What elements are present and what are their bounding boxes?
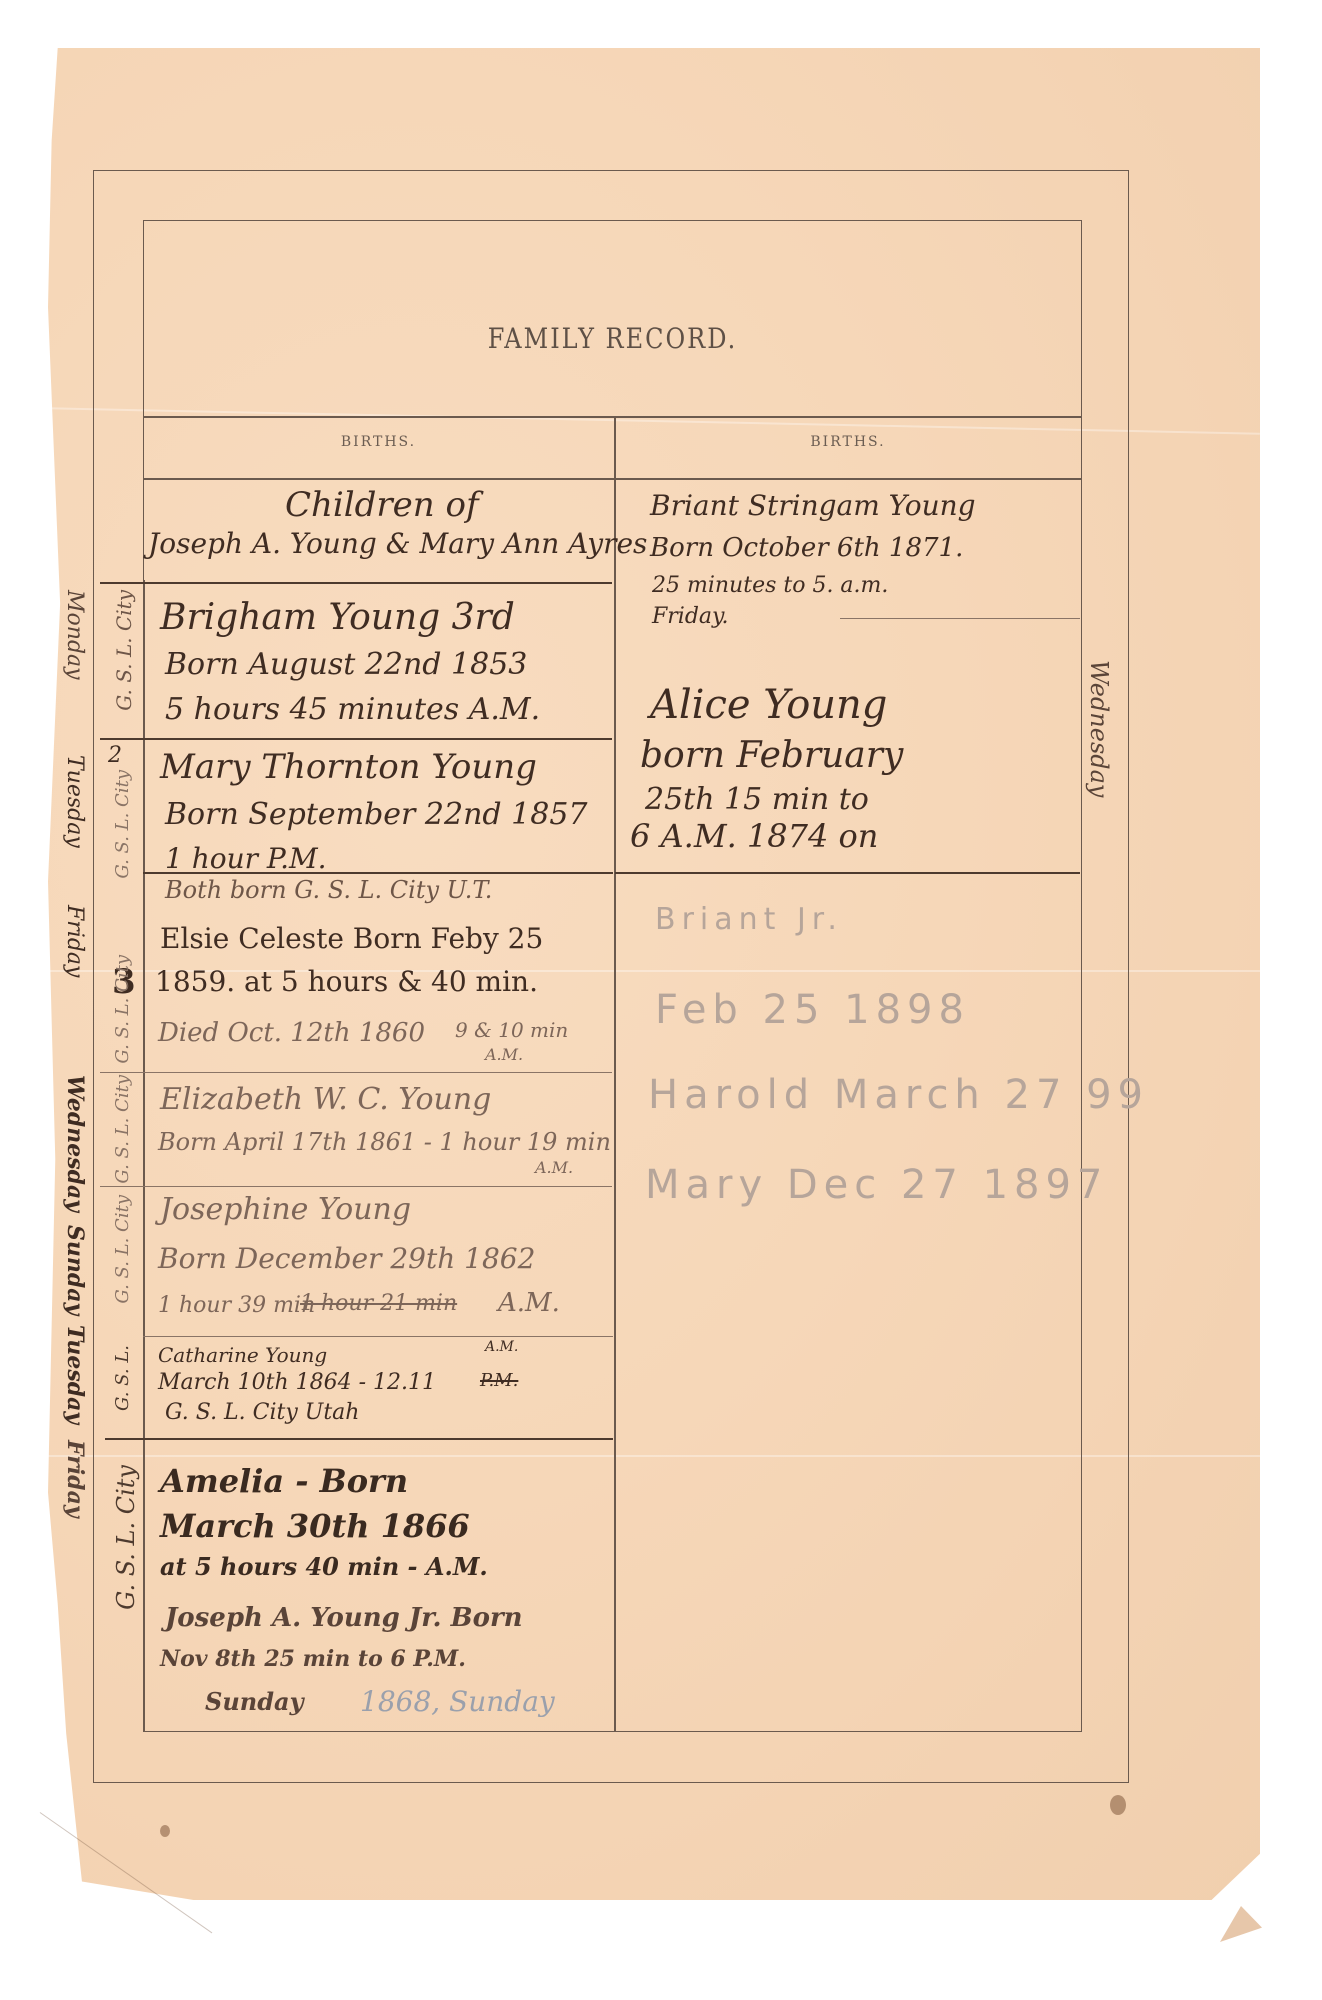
entry-died: Died Oct. 12th 1860	[158, 1020, 425, 1046]
row-divider	[100, 1186, 612, 1187]
margin-place-5: G. S. L. City	[112, 1195, 133, 1304]
pencil-note-4: Mary Dec 27 1897	[645, 1165, 1108, 1205]
entry-year: 6 A.M. 1874 on	[630, 820, 878, 852]
margin-place-4: G. S. L. City	[112, 1075, 133, 1184]
row-divider	[100, 738, 612, 740]
entry-born: Born December 29th 1862	[158, 1245, 535, 1273]
entry-ampm: A.M.	[498, 1290, 560, 1316]
folded-corner	[1220, 1906, 1262, 1942]
entry-born: Born October 6th 1871.	[650, 535, 963, 561]
entry-time: Sunday	[205, 1690, 304, 1714]
entry-name: Amelia - Born	[160, 1465, 408, 1497]
entry-name: Mary Thornton Young	[160, 750, 537, 784]
entry-time: A.M.	[535, 1160, 573, 1176]
entry-time: 1 hour P.M.	[165, 845, 327, 873]
births-header-right: BIRTHS.	[614, 434, 1082, 450]
entry-died-ampm: A.M.	[485, 1047, 523, 1063]
entry-name: Josephine Young	[160, 1195, 411, 1225]
entry-born: Nov 8th 25 min to 6 P.M.	[160, 1648, 466, 1670]
row-divider	[840, 618, 1080, 619]
row-divider	[100, 582, 612, 584]
entry-born: Born September 22nd 1857	[165, 800, 588, 830]
ink-spot	[160, 1825, 170, 1837]
entry-name: Joseph A. Young Jr. Born	[165, 1605, 523, 1631]
entry-name: Alice Young	[650, 685, 887, 725]
entry-name: Briant Stringam Young	[650, 492, 976, 520]
entry-born: March 10th 1864 - 12.11	[158, 1372, 436, 1394]
margin-day-3: Friday	[62, 905, 87, 977]
margin-day-1: Monday	[62, 590, 87, 680]
pencil-note-2: Feb 25 1898	[655, 990, 970, 1030]
pencil-note-1: Briant Jr.	[655, 905, 843, 935]
entry-time: 25 minutes to 5. a.m.	[652, 575, 888, 597]
births-header-left: BIRTHS.	[143, 434, 614, 450]
heading-line-1: Children of	[285, 488, 479, 522]
column-divider	[614, 416, 616, 1732]
entry-struck-text: P.M.	[480, 1372, 518, 1390]
row-divider	[143, 1336, 613, 1337]
row-divider	[100, 1072, 612, 1073]
row-divider	[615, 872, 1080, 874]
row-divider	[105, 1438, 613, 1440]
entry-name: Brigham Young 3rd	[160, 600, 515, 636]
entry-died-time: 9 & 10 min	[455, 1020, 568, 1040]
entry-number: 2	[108, 745, 122, 767]
header-bottom-rule	[143, 478, 1082, 480]
margin-day-6: Tuesday	[62, 1325, 88, 1424]
entry-name: Elsie Celeste Born Feby 25	[160, 925, 543, 953]
margin-place-1: G. S. L. City	[112, 590, 136, 711]
entry-day: Friday.	[652, 606, 729, 628]
row-divider	[143, 872, 613, 874]
margin-day-alice: Wednesday	[1085, 660, 1113, 797]
entry-time: 1 hour 39 min	[158, 1295, 315, 1317]
margin-place-6: G. S. L.	[112, 1345, 133, 1411]
margin-day-4: Wednesday	[62, 1075, 88, 1212]
margin-day-5: Sunday	[62, 1225, 88, 1315]
margin-day-7: Friday	[62, 1440, 88, 1518]
margin-place-7: G. S. L. City	[112, 1465, 140, 1610]
entry-born: Born April 17th 1861 - 1 hour 19 min	[158, 1130, 611, 1154]
page-title: FAMILY RECORD.	[143, 323, 1082, 355]
entry-time: 5 hours 45 minutes A.M.	[165, 695, 540, 725]
entry-born: 1859. at 5 hours & 40 min.	[155, 968, 538, 996]
entry-time: 25th 15 min to	[645, 785, 869, 815]
entry-time: at 5 hours 40 min - A.M.	[160, 1555, 488, 1579]
entry-born: March 30th 1866	[160, 1510, 470, 1542]
margin-place-3: G. S. L. City	[112, 955, 133, 1064]
entry-place: G. S. L. City Utah	[165, 1402, 359, 1424]
entry-name: Elizabeth W. C. Young	[160, 1085, 491, 1115]
heading-line-2: Joseph A. Young & Mary Ann Ayres	[148, 530, 647, 558]
header-top-rule	[143, 416, 1082, 418]
entry-note: Both born G. S. L. City U.T.	[165, 878, 492, 902]
entry-born: born February	[640, 738, 903, 774]
entry-name: Catharine Young	[158, 1345, 327, 1365]
entry-struck-text: 1 hour 21 min	[300, 1293, 457, 1315]
entry-ampm: A.M.	[485, 1340, 518, 1354]
margin-rule	[143, 580, 145, 1732]
margin-day-2: Tuesday	[62, 755, 87, 848]
ink-spot	[1110, 1795, 1126, 1815]
entry-pencil-note: 1868, Sunday	[360, 1688, 555, 1716]
margin-place-2: G. S. L. City	[112, 770, 133, 879]
entry-born: Born August 22nd 1853	[165, 650, 527, 680]
pencil-note-3: Harold March 27 99	[648, 1075, 1149, 1115]
